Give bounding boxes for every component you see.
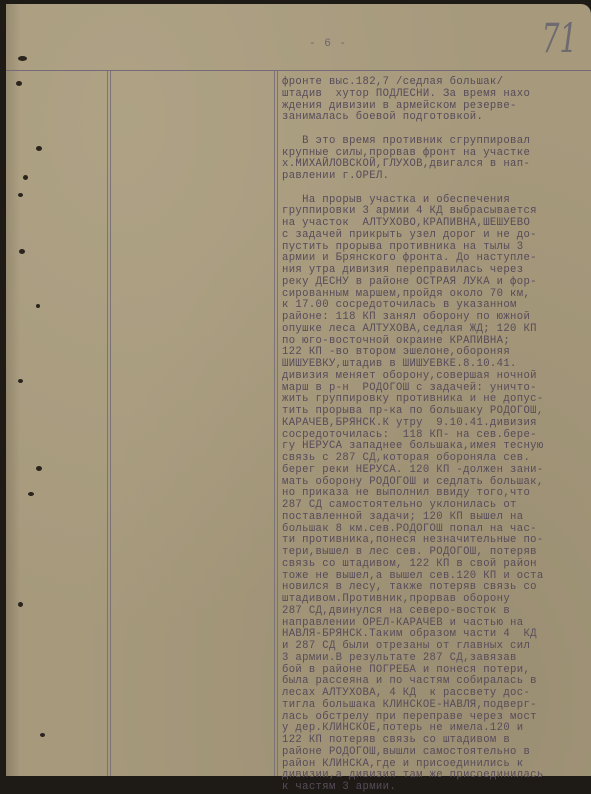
text-line: равлении г.ОРЕЛ. [282,171,591,183]
binding-hole [23,175,28,180]
binding-hole [36,146,42,151]
document-page: - 6 - 71 фронте выс.182,7 /седлая больша… [6,4,591,776]
text-line: тери,вышел в лес сев. РОДОГОШ, потеряв [282,547,591,559]
text-line: реку ДЕСНУ в районе ОСТРАЯ ЛУКА и фор- [282,277,591,289]
text-line: и 287 СД были отрезаны от главных сил [282,641,591,653]
text-line: с задачей прикрыть узел дорог и не до- [282,230,591,242]
archive-sheet-number: 71 [542,16,578,62]
text-line: связь со штадивом, 122 КП в свой район [282,559,591,571]
page-number: - 6 - [309,38,347,50]
text-line: районе РОДОГОШ,вышли самостоятельно в [282,747,591,759]
binding-hole [18,56,27,61]
text-line: 3 армии.В результате 287 СД,завязав [282,653,591,665]
text-line [282,124,591,136]
column-divider-1 [107,71,111,776]
text-line: штадив хутор ПОДЛЕСНИ. За время нахо [282,89,591,101]
binding-hole [19,249,25,254]
report-text: фронте выс.182,7 /седлая большак/штадив … [282,77,591,782]
text-line: КАРАЧЕВ,БРЯНСК.К утру 9.10.41.дивизия [282,418,591,430]
text-line: штадивом.Противник,прорвав оборону [282,594,591,606]
text-line: берег реки НЕРУСА. 120 КП -должен зани- [282,465,591,477]
text-line: фронте выс.182,7 /седлая большак/ [282,77,591,89]
text-line: ния утра дивизия переправилась через [282,265,591,277]
column-divider-2 [274,71,278,776]
text-line: 287 СД самостоятельно уклонилась от [282,500,591,512]
text-line: В это время противник сгруппировал [282,136,591,148]
text-line: лесах АЛТУХОВА, 4 КД к рассвету дос- [282,688,591,700]
binding-hole [28,492,34,496]
text-line: районе: 118 КП занял оборону по южной [282,312,591,324]
text-line: дивизия меняет оборону,совершая ночной [282,371,591,383]
binding-hole [40,733,45,737]
text-line [282,183,591,195]
text-line: опушке леса АЛТУХОВА,седлая ЖД; 120 КП [282,324,591,336]
text-line: 287 СД,двинулся на северо-восток в [282,606,591,618]
text-line: тить прорыва пр-ка по большаку РОДОГОШ, [282,406,591,418]
text-line: занималась боевой подготовкой. [282,112,591,124]
text-line: ШИШУЕВКУ,штадив в ШИШУЕВКЕ.8.10.41. [282,359,591,371]
text-line: на участок АЛТУХОВО,КРАПИВНА,ШЕШУЕВО [282,218,591,230]
text-line: связь с 287 СД,которая обороняла сев. [282,453,591,465]
binding-hole [16,81,22,86]
binding-hole [36,304,40,308]
text-line: тигла большака КЛИНСКОЕ-НАВЛЯ,подверг- [282,700,591,712]
binding-hole [18,379,23,383]
binding-hole [18,602,23,607]
text-line: поставленной задачи; 120 КП вышел на [282,512,591,524]
text-line: 122 КП потеряв связь со штадивом в [282,735,591,747]
binding-hole [18,193,23,197]
binding-hole [36,466,42,471]
header-rule [6,70,591,71]
